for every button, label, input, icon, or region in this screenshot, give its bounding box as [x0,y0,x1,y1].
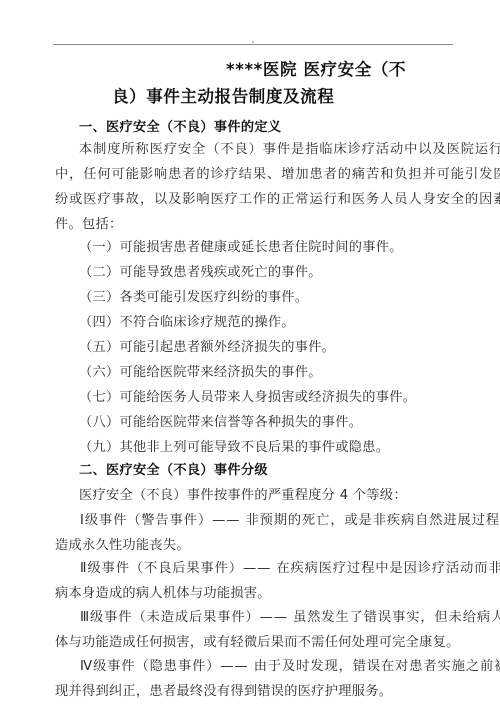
definition-list-item: （九）其他非上列可能导致不良后果的事件或隐患。 [79,439,389,457]
header-rule-mark [252,41,254,43]
document-title-line-2: 良）事件主动报告制度及流程 [112,86,334,108]
definition-list-item: （七）可能给医务人员带来人身损害或经济损失的事件。 [79,389,416,407]
section-2-intro: 医疗安全（不良）事件按事件的严重程度分 4 个等级： [79,487,407,505]
document-title-line-1: ****医院 医疗安全（不 [226,59,406,81]
definition-list-item: （一）可能损害患者健康或延长患者住院时间的事件。 [79,239,403,257]
section-1-paragraph-line: 中，任何可能影响患者的诊疗结果、增加患者的痛苦和负担并可能引发医疗纠 [55,166,500,184]
definition-list-item: （五）可能引起患者额外经济损失的事件。 [79,339,335,357]
level-4-description-cont: 现并得到纠正，患者最终没有得到错误的医疗护理服务。 [55,683,392,701]
section-2-heading: 二、医疗安全（不良）事件分级 [79,462,268,480]
level-3-description: Ⅲ级事件（未造成后果事件）—— 虽然发生了错误事实，但未给病人机 [80,609,500,627]
section-1-paragraph-line: 纷或医疗事故，以及影响医疗工作的正常运行和医务人员人身安全的因素和事 [55,191,500,209]
definition-list-item: （二）可能导致患者残疾或死亡的事件。 [79,264,322,282]
section-1-heading: 一、医疗安全（不良）事件的定义 [79,119,281,137]
definition-list-item: （八）可能给医院带来信誉等各种损失的事件。 [79,414,362,432]
level-3-description-cont: 体与功能造成任何损害，或有轻微后果而不需任何处理可完全康复。 [55,634,460,652]
level-2-description: Ⅱ级事件（不良后果事件）—— 在疾病医疗过程中是因诊疗活动而非疾 [80,560,500,578]
definition-list-item: （六）可能给医院带来经济损失的事件。 [79,364,322,382]
section-1-paragraph-line: 本制度所称医疗安全（不良）事件是指临床诊疗活动中以及医院运行过程 [79,141,500,159]
level-1-description-cont: 造成永久性功能丧失。 [55,537,190,555]
level-1-description: Ⅰ级事件（警告事件）—— 非预期的死亡，或是非疾病自然进展过程中 [80,512,500,530]
header-rule [53,44,453,45]
level-4-description: Ⅳ级事件（隐患事件）—— 由于及时发现，错误在对患者实施之前被发 [80,658,500,676]
definition-list-item: （三）各类可能引发医疗纠纷的事件。 [79,289,308,307]
definition-list-item: （四）不符合临床诊疗规范的操作。 [79,314,295,332]
level-2-description-cont: 病本身造成的病人机体与功能损害。 [55,585,271,603]
section-1-paragraph-line: 件。包括： [55,216,122,234]
